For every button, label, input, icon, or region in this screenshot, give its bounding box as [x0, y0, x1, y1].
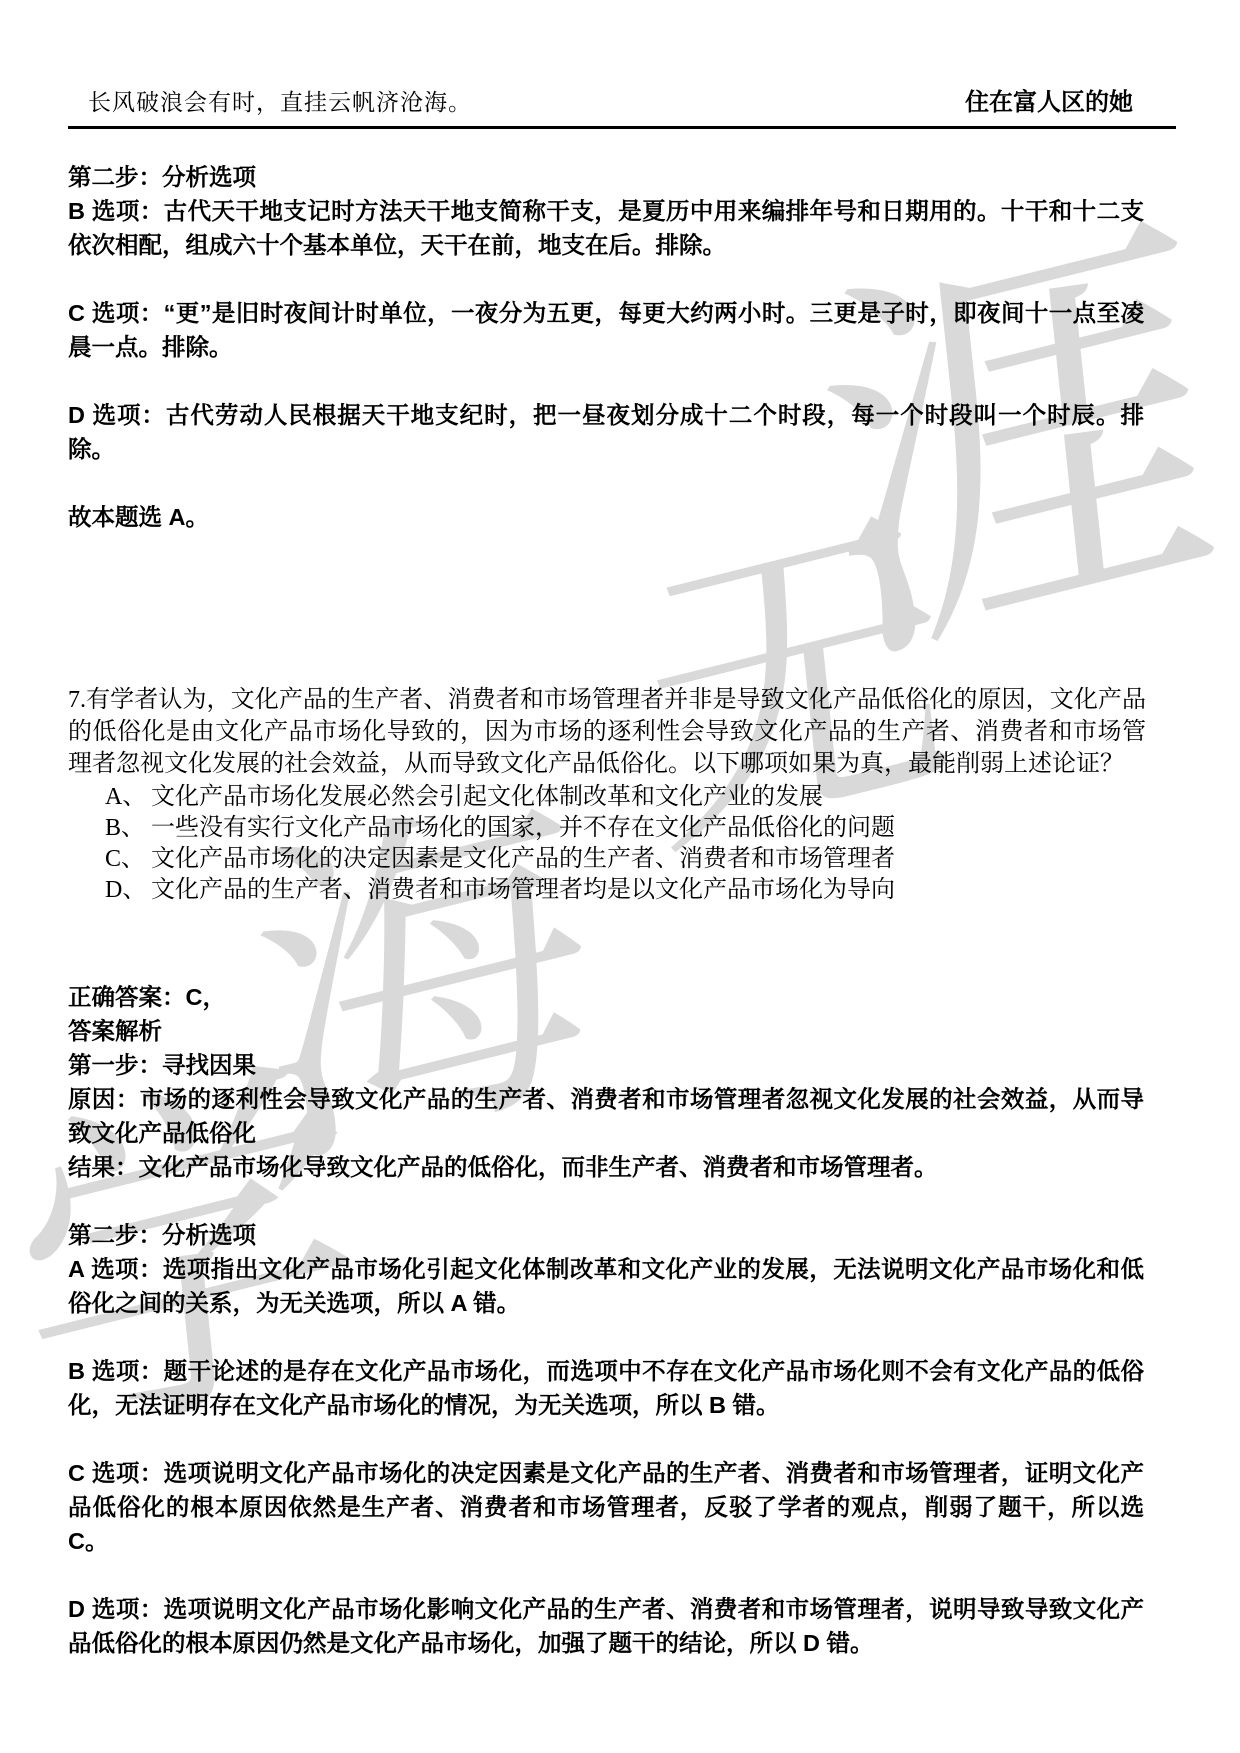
option-a-text: 文化产品市场化发展必然会引起文化体制改革和文化产业的发展 — [151, 784, 823, 810]
spacer — [68, 364, 1144, 398]
header-divider — [68, 126, 1176, 129]
question-options: A、文化产品市场化发展必然会引起文化体制改革和文化产业的发展 B、一些没有实行文… — [68, 782, 1146, 906]
option-d-analysis: D 选项：古代劳动人民根据天干地支纪时，把一昼夜划分成十二个时段，每一个时段叫一… — [68, 398, 1144, 466]
correct-answer: 正确答案：C， — [68, 980, 1144, 1014]
option-c: C、文化产品市场化的决定因素是文化产品的生产者、消费者和市场管理者 — [68, 844, 1146, 875]
option-b-text: 一些没有实行文化产品市场化的国家，并不存在文化产品低俗化的问题 — [151, 815, 895, 841]
header-title: 住在富人区的她 — [965, 82, 1133, 117]
spacer — [68, 1422, 1144, 1456]
document-page: 涯 无 海 学 长风破浪会有时，直挂云帆济沧海。 住在富人区的她 第二步：分析选… — [0, 0, 1240, 1753]
effect-text: 结果：文化产品市场化导致文化产品的低俗化，而非生产者、消费者和市场管理者。 — [68, 1150, 1144, 1184]
step2-title: 第二步：分析选项 — [68, 1218, 1144, 1252]
spacer — [68, 1184, 1144, 1218]
analysis-title: 答案解析 — [68, 1014, 1144, 1048]
option-d: D、文化产品的生产者、消费者和市场管理者均是以文化产品市场化为导向 — [68, 875, 1146, 906]
previous-analysis-section: 第二步：分析选项 B 选项：古代天干地支记时方法天干地支简称干支，是夏历中用来编… — [68, 160, 1144, 534]
question-stem: 7.有学者认为，文化产品的生产者、消费者和市场管理者并非是导致文化产品低俗化的原… — [68, 684, 1146, 780]
option-a-label: A、 — [105, 782, 151, 813]
answer-section: 正确答案：C， 答案解析 第一步：寻找因果 原因：市场的逐利性会导致文化产品的生… — [68, 980, 1144, 1660]
option-a-analysis: A 选项：选项指出文化产品市场化引起文化体制改革和文化产业的发展，无法说明文化产… — [68, 1252, 1144, 1320]
option-c-text: 文化产品市场化的决定因素是文化产品的生产者、消费者和市场管理者 — [151, 846, 895, 872]
option-d-analysis: D 选项：选项说明文化产品市场化影响文化产品的生产者、消费者和市场管理者，说明导… — [68, 1592, 1144, 1660]
option-d-label: D、 — [105, 875, 151, 906]
option-c-analysis: C 选项：“更”是旧时夜间计时单位，一夜分为五更，每更大约两小时。三更是子时，即… — [68, 296, 1144, 364]
option-d-text: 文化产品的生产者、消费者和市场管理者均是以文化产品市场化为导向 — [151, 877, 895, 903]
option-b-analysis: B 选项：古代天干地支记时方法天干地支简称干支，是夏历中用来编排年号和日期用的。… — [68, 194, 1144, 262]
conclusion-text: 故本题选 A。 — [68, 500, 1144, 534]
cause-text: 原因：市场的逐利性会导致文化产品的生产者、消费者和市场管理者忽视文化发展的社会效… — [68, 1082, 1144, 1150]
header-quote: 长风破浪会有时，直挂云帆济沧海。 — [88, 84, 472, 117]
step2-title: 第二步：分析选项 — [68, 160, 1144, 194]
step1-title: 第一步：寻找因果 — [68, 1048, 1144, 1082]
option-a: A、文化产品市场化发展必然会引起文化体制改革和文化产业的发展 — [68, 782, 1146, 813]
spacer — [68, 1320, 1144, 1354]
option-c-analysis: C 选项：选项说明文化产品市场化的决定因素是文化产品的生产者、消费者和市场管理者… — [68, 1456, 1144, 1558]
spacer — [68, 262, 1144, 296]
question-7-section: 7.有学者认为，文化产品的生产者、消费者和市场管理者并非是导致文化产品低俗化的原… — [68, 684, 1146, 906]
spacer — [68, 1558, 1144, 1592]
option-b-analysis: B 选项：题干论述的是存在文化产品市场化，而选项中不存在文化产品市场化则不会有文… — [68, 1354, 1144, 1422]
spacer — [68, 466, 1144, 500]
option-c-label: C、 — [105, 844, 151, 875]
option-b-label: B、 — [105, 813, 151, 844]
option-b: B、一些没有实行文化产品市场化的国家，并不存在文化产品低俗化的问题 — [68, 813, 1146, 844]
